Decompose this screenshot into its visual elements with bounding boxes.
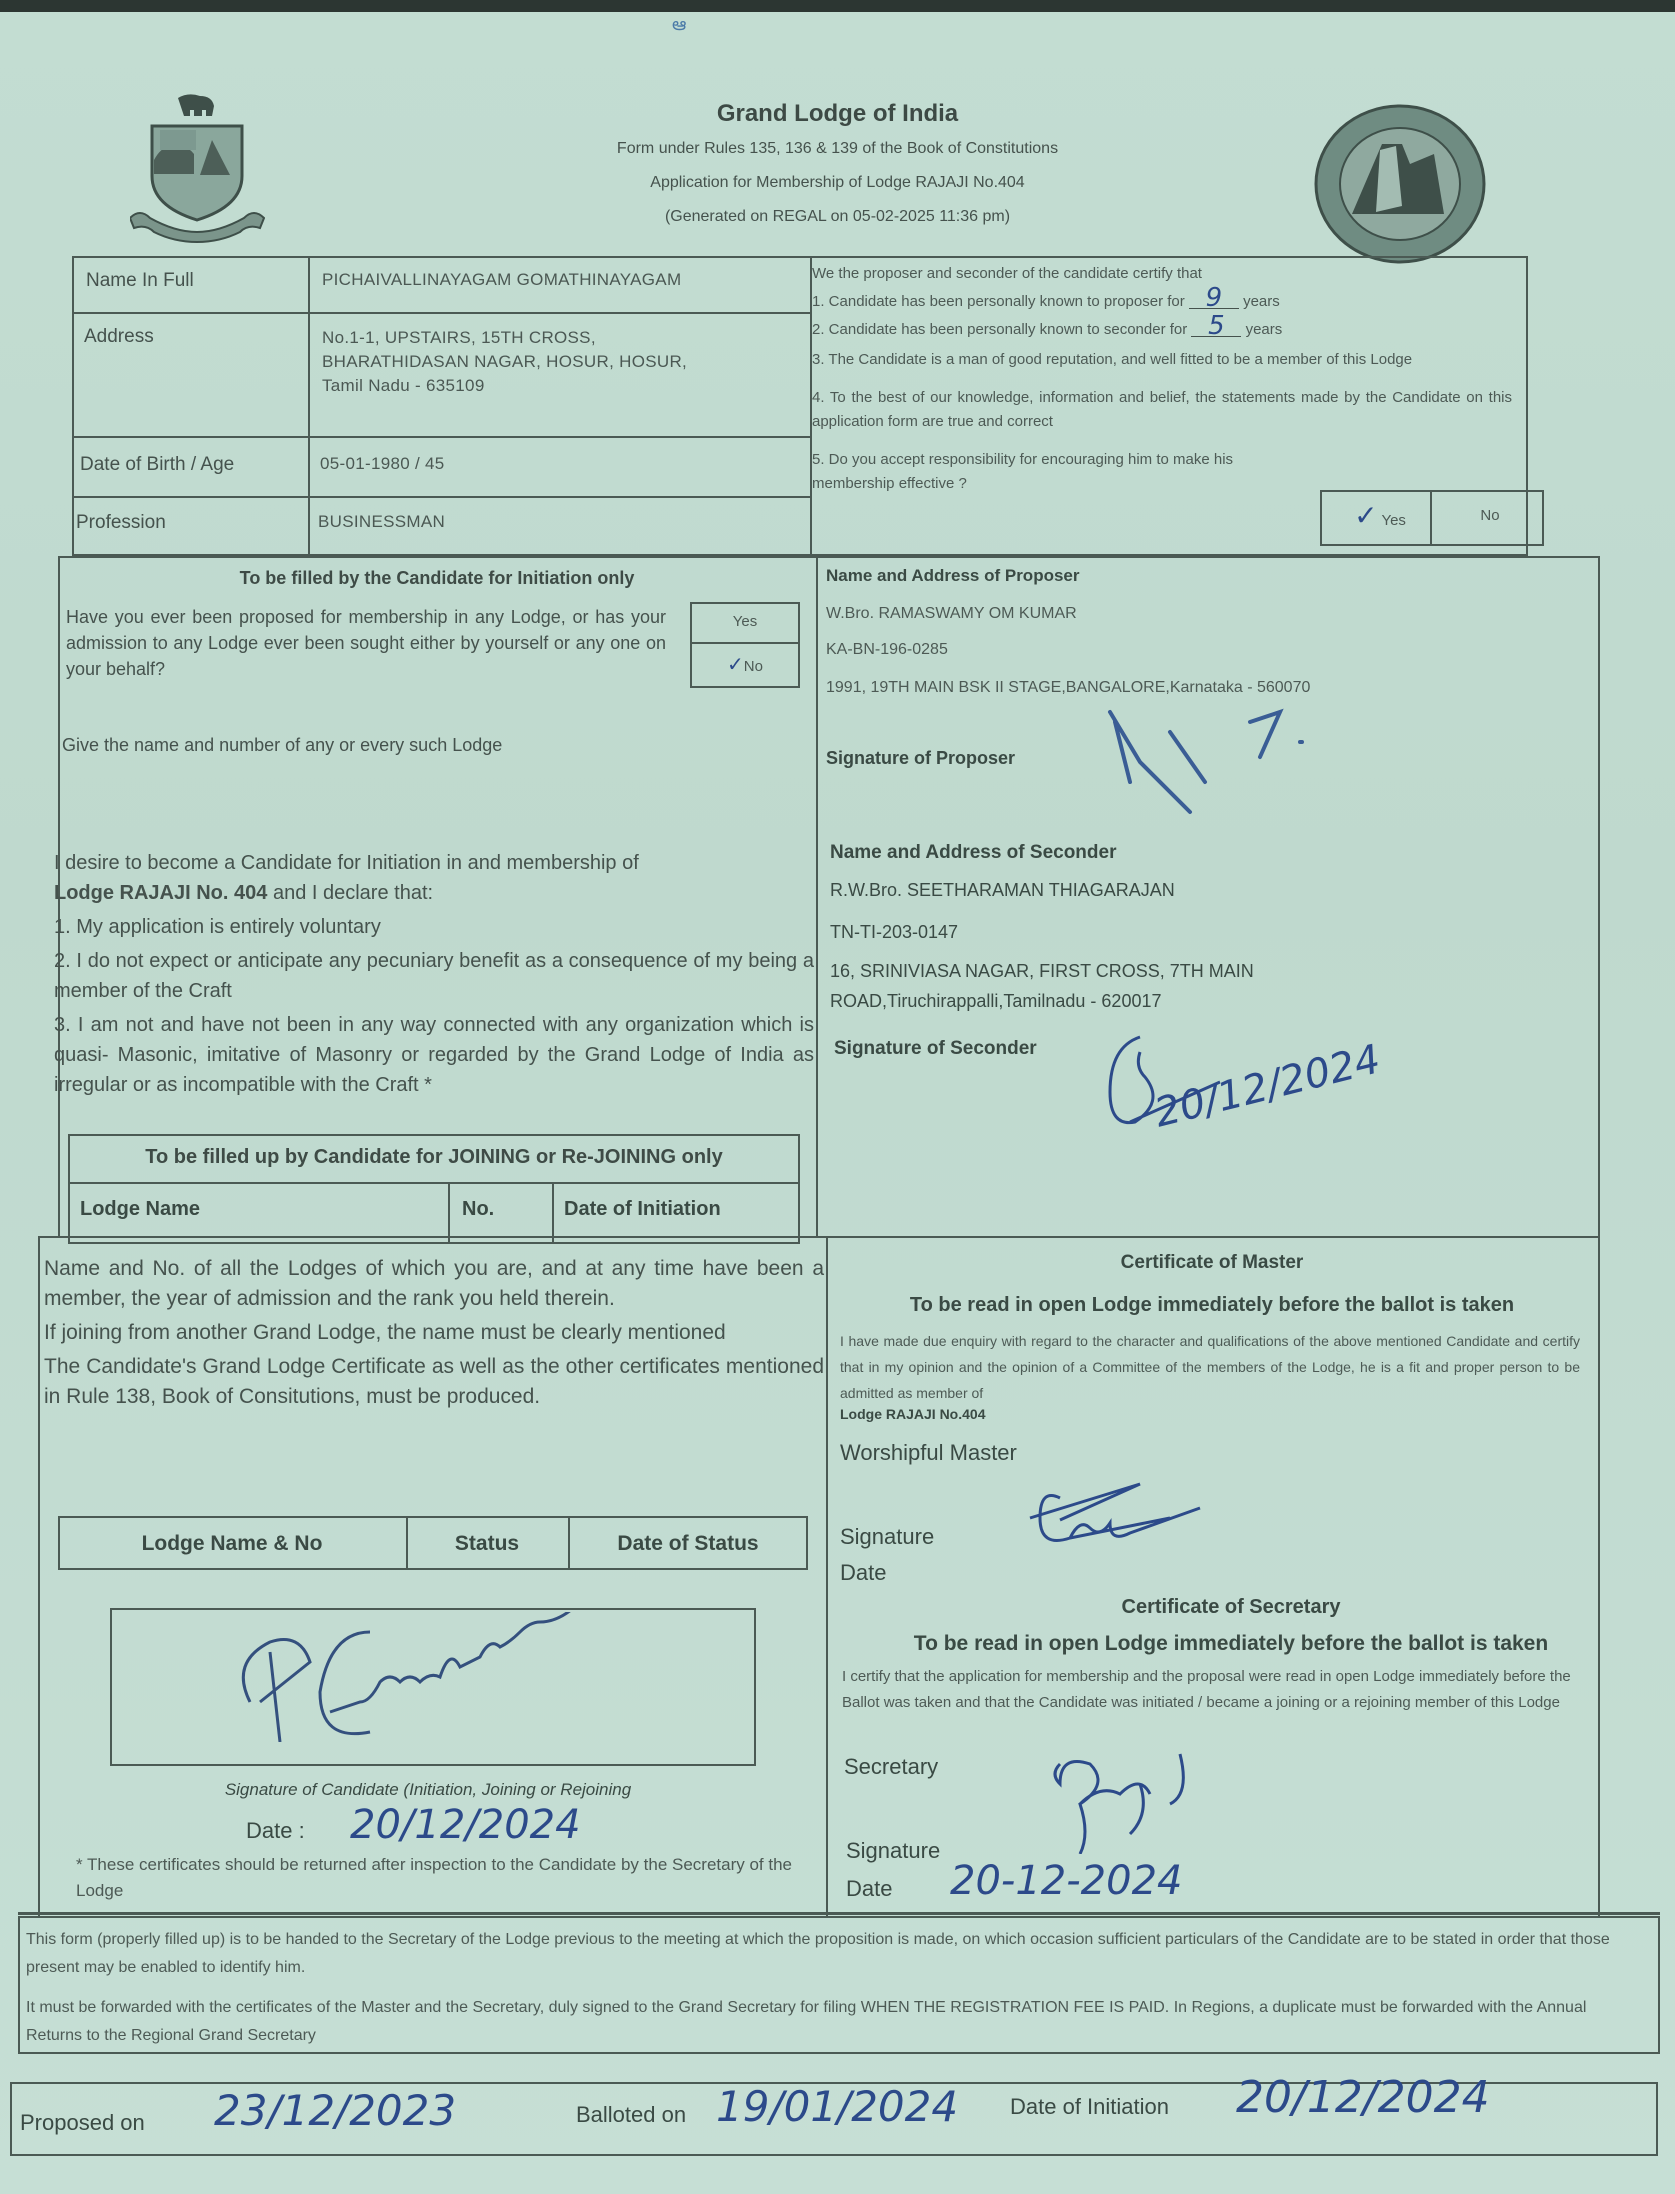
check-icon: ✓ bbox=[727, 652, 744, 676]
responsibility-no[interactable]: No bbox=[1440, 504, 1540, 528]
candidate-date-label: Date : bbox=[246, 1818, 305, 1844]
balloted-on-label: Balloted on bbox=[576, 2102, 686, 2128]
certify-item-1: 1. Candidate has been personally known t… bbox=[812, 288, 1512, 316]
candidate-date-value: 20/12/2024 bbox=[350, 1802, 581, 1848]
address-line: BHARATHIDASAN NAGAR, HOSUR, HOSUR, bbox=[322, 350, 687, 374]
years-label: years bbox=[1243, 293, 1280, 310]
initiation-date-label: Date of Initiation bbox=[1010, 2094, 1169, 2120]
lodges-col-date: Date of Status bbox=[568, 1532, 808, 1556]
master-body: I have made due enquiry with regard to t… bbox=[840, 1328, 1580, 1406]
master-signature-label: Signature bbox=[840, 1524, 934, 1550]
lodges-para-2: If joining from another Grand Lodge, the… bbox=[44, 1318, 824, 1348]
declaration-lodge: Lodge RAJAJI No. 404 and I declare that: bbox=[54, 878, 814, 908]
declaration: I desire to become a Candidate for Initi… bbox=[54, 848, 814, 1100]
lodges-info: Name and No. of all the Lodges of which … bbox=[44, 1254, 824, 1412]
seconder-address: 16, SRINIVIASA NAGAR, FIRST CROSS, 7TH M… bbox=[830, 956, 1254, 1016]
master-title: Certificate of Master bbox=[826, 1252, 1598, 1274]
lodges-col-name: Lodge Name & No bbox=[58, 1532, 406, 1556]
declaration-text: and I declare that: bbox=[267, 882, 433, 904]
lodges-para-1: Name and No. of all the Lodges of which … bbox=[44, 1254, 824, 1314]
seconder-address-line: 16, SRINIVIASA NAGAR, FIRST CROSS, 7TH M… bbox=[830, 956, 1254, 986]
initiation-yes[interactable]: Yes bbox=[690, 610, 800, 634]
certify-item-4: 4. To the best of our knowledge, informa… bbox=[812, 386, 1512, 434]
certify-item-2: 2. Candidate has been personally known t… bbox=[812, 316, 1512, 344]
proposer-heading: Name and Address of Proposer bbox=[826, 566, 1080, 586]
seconder-name: R.W.Bro. SEETHARAMAN THIAGARAJAN bbox=[830, 880, 1175, 901]
address-line: No.1-1, UPSTAIRS, 15TH CROSS, bbox=[322, 326, 687, 350]
give-lodge-name: Give the name and number of any or every… bbox=[62, 730, 502, 760]
joining-col-lodge: Lodge Name bbox=[80, 1198, 200, 1221]
joining-heading: To be filled up by Candidate for JOINING… bbox=[68, 1146, 800, 1169]
seconder-signature-label: Signature of Seconder bbox=[834, 1038, 1037, 1060]
lodges-col-status: Status bbox=[406, 1532, 568, 1556]
certify-item-5: 5. Do you accept responsibility for enco… bbox=[812, 448, 1312, 496]
name-label: Name In Full bbox=[86, 270, 194, 292]
address-label: Address bbox=[84, 326, 154, 348]
proposer-signature bbox=[1100, 702, 1360, 822]
initiation-question: Have you ever been proposed for membersh… bbox=[66, 604, 666, 682]
name-value: PICHAIVALLINAYAGAM GOMATHINAYAGAM bbox=[322, 270, 681, 290]
secretary-date-value: 20-12-2024 bbox=[950, 1858, 1182, 1904]
certify-item-text: 2. Candidate has been personally known t… bbox=[812, 321, 1187, 338]
certify-intro: We the proposer and seconder of the cand… bbox=[812, 260, 1512, 288]
secretary-role: Secretary bbox=[844, 1754, 938, 1780]
master-lodge: Lodge RAJAJI No.404 bbox=[840, 1406, 985, 1422]
initiation-no[interactable]: ✓No bbox=[690, 652, 800, 679]
secretary-title: Certificate of Secretary bbox=[826, 1596, 1636, 1619]
declaration-lodge-name: Lodge RAJAJI No. 404 bbox=[54, 882, 267, 904]
balloted-on-value[interactable]: 19/01/2024 bbox=[716, 2082, 958, 2131]
footer-note-2: It must be forwarded with the certificat… bbox=[26, 1994, 1646, 2050]
certify-item-text: 1. Candidate has been personally known t… bbox=[812, 293, 1185, 310]
master-subtitle: To be read in open Lodge immediately bef… bbox=[826, 1294, 1598, 1317]
secretary-signature-label: Signature bbox=[846, 1838, 940, 1864]
joining-col-no: No. bbox=[462, 1198, 494, 1221]
form-page: ఆ Grand Lodge of India Form under Rules … bbox=[0, 12, 1675, 2194]
proposer-id: KA-BN-196-0285 bbox=[826, 638, 948, 662]
declaration-intro: I desire to become a Candidate for Initi… bbox=[54, 848, 814, 878]
lodge-seal-icon bbox=[1312, 102, 1488, 267]
footer-note-1: This form (properly filled up) is to be … bbox=[26, 1926, 1646, 1982]
yes-label: Yes bbox=[1381, 512, 1405, 529]
proposed-on-label: Proposed on bbox=[20, 2110, 145, 2136]
dob-label: Date of Birth / Age bbox=[80, 454, 234, 476]
proposer-signature-label: Signature of Proposer bbox=[826, 748, 1015, 769]
initiation-date-value[interactable]: 20/12/2024 bbox=[1236, 2072, 1490, 2123]
profession-label: Profession bbox=[76, 512, 166, 534]
joining-col-date: Date of Initiation bbox=[564, 1198, 721, 1221]
proposed-on-value[interactable]: 23/12/2023 bbox=[214, 2086, 456, 2135]
responsibility-yes[interactable]: ✓ Yes bbox=[1330, 504, 1430, 533]
top-mark: ఆ bbox=[672, 14, 686, 39]
declaration-item-1: 1. My application is entirely voluntary bbox=[54, 912, 814, 942]
profession-value: BUSINESSMAN bbox=[318, 512, 445, 532]
certify-text: We the proposer and seconder of the cand… bbox=[812, 260, 1512, 496]
address-line: Tamil Nadu - 635109 bbox=[322, 374, 687, 398]
secretary-date-label: Date bbox=[846, 1876, 892, 1902]
declaration-item-2: 2. I do not expect or anticipate any pec… bbox=[54, 946, 814, 1006]
certificates-footnote: * These certificates should be returned … bbox=[76, 1852, 816, 1904]
master-role: Worshipful Master bbox=[840, 1440, 1017, 1466]
declaration-item-3: 3. I am not and have not been in any way… bbox=[54, 1010, 814, 1100]
initiation-heading: To be filled by the Candidate for Initia… bbox=[58, 568, 816, 589]
proposer-address: 1991, 19TH MAIN BSK II STAGE,BANGALORE,K… bbox=[826, 676, 1310, 700]
seconder-id: TN-TI-203-0147 bbox=[830, 922, 958, 943]
years-known-proposer[interactable]: 9 bbox=[1189, 288, 1239, 309]
master-date-label: Date bbox=[840, 1560, 886, 1586]
years-label: years bbox=[1246, 321, 1283, 338]
proposer-name: W.Bro. RAMASWAMY OM KUMAR bbox=[826, 602, 1077, 626]
candidate-details-table bbox=[72, 256, 812, 556]
lodges-para-3: The Candidate's Grand Lodge Certificate … bbox=[44, 1352, 824, 1412]
seconder-address-line: ROAD,Tiruchirappalli,Tamilnadu - 620017 bbox=[830, 986, 1254, 1016]
seconder-heading: Name and Address of Seconder bbox=[830, 842, 1116, 864]
certify-item-3: 3. The Candidate is a man of good reputa… bbox=[812, 348, 1512, 372]
master-signature bbox=[1020, 1478, 1220, 1558]
candidate-signature-caption: Signature of Candidate (Initiation, Join… bbox=[58, 1780, 798, 1800]
check-icon: ✓ bbox=[1354, 499, 1377, 532]
dob-value: 05-01-1980 / 45 bbox=[320, 454, 445, 474]
no-label: No bbox=[744, 658, 763, 675]
candidate-signature bbox=[220, 1612, 700, 1742]
years-known-seconder[interactable]: 5 bbox=[1191, 316, 1241, 337]
secretary-body: I certify that the application for membe… bbox=[842, 1664, 1592, 1716]
secretary-signature bbox=[1040, 1744, 1240, 1854]
address-value: No.1-1, UPSTAIRS, 15TH CROSS, BHARATHIDA… bbox=[322, 326, 687, 398]
secretary-subtitle: To be read in open Lodge immediately bef… bbox=[826, 1632, 1636, 1656]
